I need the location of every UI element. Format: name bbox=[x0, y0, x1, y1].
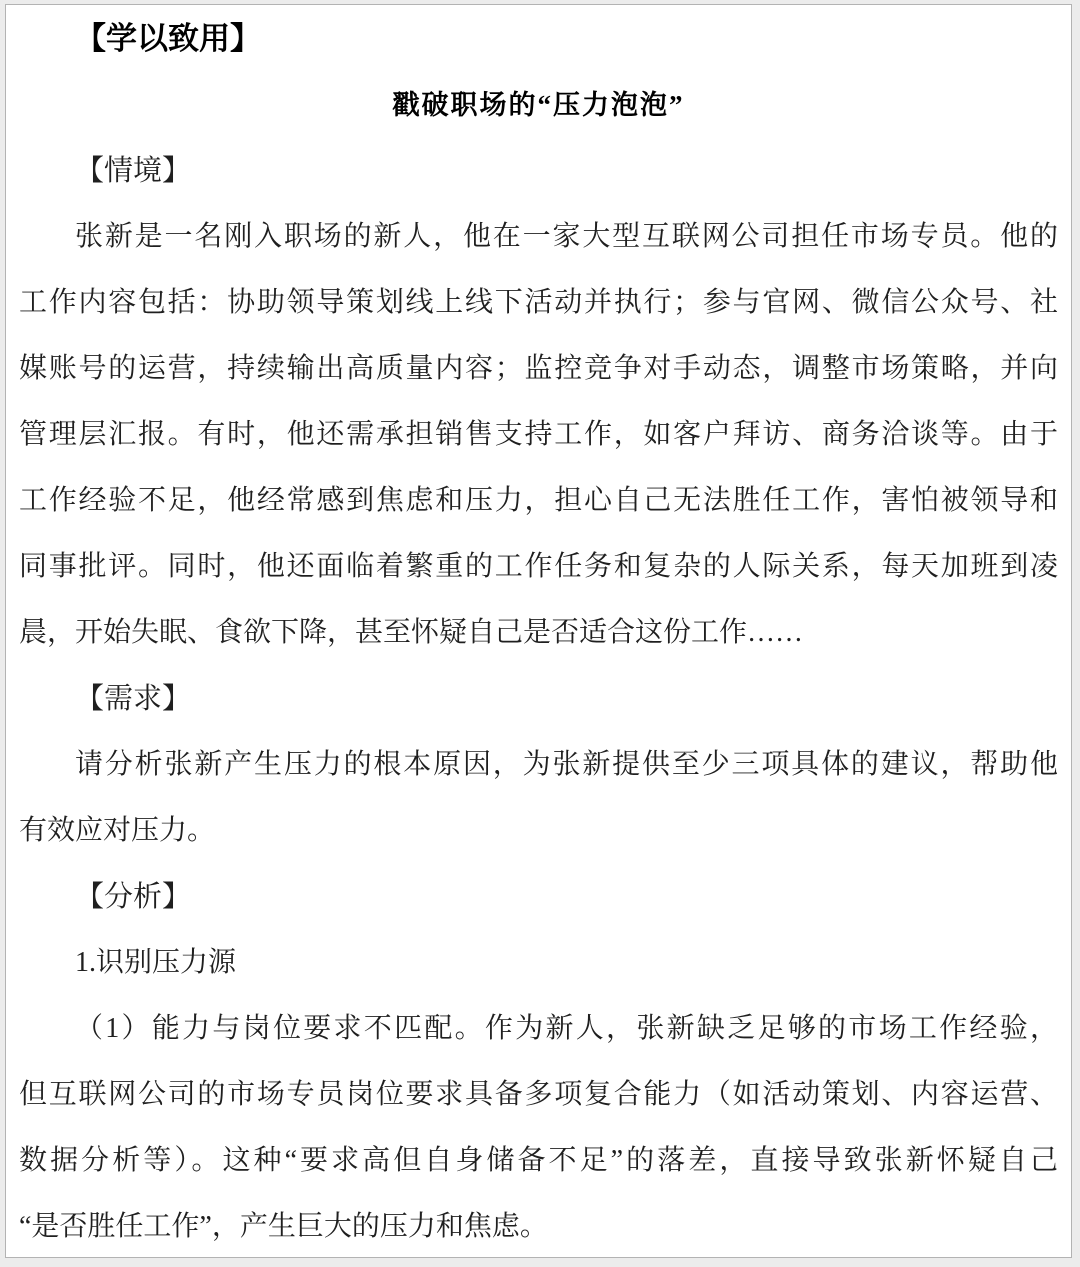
requirement-line: 请分析张新产生压力的根本原因，为张新提供至少三项具体的建议，帮助他 bbox=[19, 732, 1058, 798]
analysis-heading: 【分析】 bbox=[19, 864, 1058, 930]
situation-line: 管理层汇报。有时，他还需承担销售支持工作，如客户拜访、商务洽谈等。由于 bbox=[19, 402, 1058, 468]
situation-line: 晨，开始失眠、食欲下降，甚至怀疑自己是否适合这份工作…… bbox=[19, 600, 1058, 666]
situation-line: 工作内容包括：协助领导策划线上线下活动并执行；参与官网、微信公众号、社 bbox=[19, 270, 1058, 336]
situation-line: 同事批评。同时，他还面临着繁重的工作任务和复杂的人际关系，每天加班到凌 bbox=[19, 534, 1058, 600]
document-title: 戳破职场的“压力泡泡” bbox=[19, 72, 1058, 138]
analysis-subheading: 1.识别压力源 bbox=[19, 930, 1058, 996]
analysis-point-line: 但互联网公司的市场专员岗位要求具备多项复合能力（如活动策划、内容运营、 bbox=[19, 1062, 1058, 1128]
section-tag-heading: 【学以致用】 bbox=[19, 6, 1058, 72]
document-page: 【学以致用】 戳破职场的“压力泡泡” 【情境】 张新是一名刚入职场的新人，他在一… bbox=[5, 4, 1072, 1258]
analysis-point-line: 数据分析等）。这种“要求高但自身储备不足”的落差，直接导致张新怀疑自己 bbox=[19, 1128, 1058, 1194]
situation-line: 工作经验不足，他经常感到焦虑和压力，担心自己无法胜任工作，害怕被领导和 bbox=[19, 468, 1058, 534]
situation-line: 张新是一名刚入职场的新人，他在一家大型互联网公司担任市场专员。他的 bbox=[19, 204, 1058, 270]
situation-heading: 【情境】 bbox=[19, 138, 1058, 204]
requirement-heading: 【需求】 bbox=[19, 666, 1058, 732]
requirement-line: 有效应对压力。 bbox=[19, 798, 1058, 864]
analysis-point-line: （1）能力与岗位要求不匹配。作为新人，张新缺乏足够的市场工作经验， bbox=[19, 996, 1058, 1062]
analysis-point-line: “是否胜任工作”，产生巨大的压力和焦虑。 bbox=[19, 1194, 1058, 1258]
situation-line: 媒账号的运营，持续输出高质量内容；监控竞争对手动态，调整市场策略，并向 bbox=[19, 336, 1058, 402]
